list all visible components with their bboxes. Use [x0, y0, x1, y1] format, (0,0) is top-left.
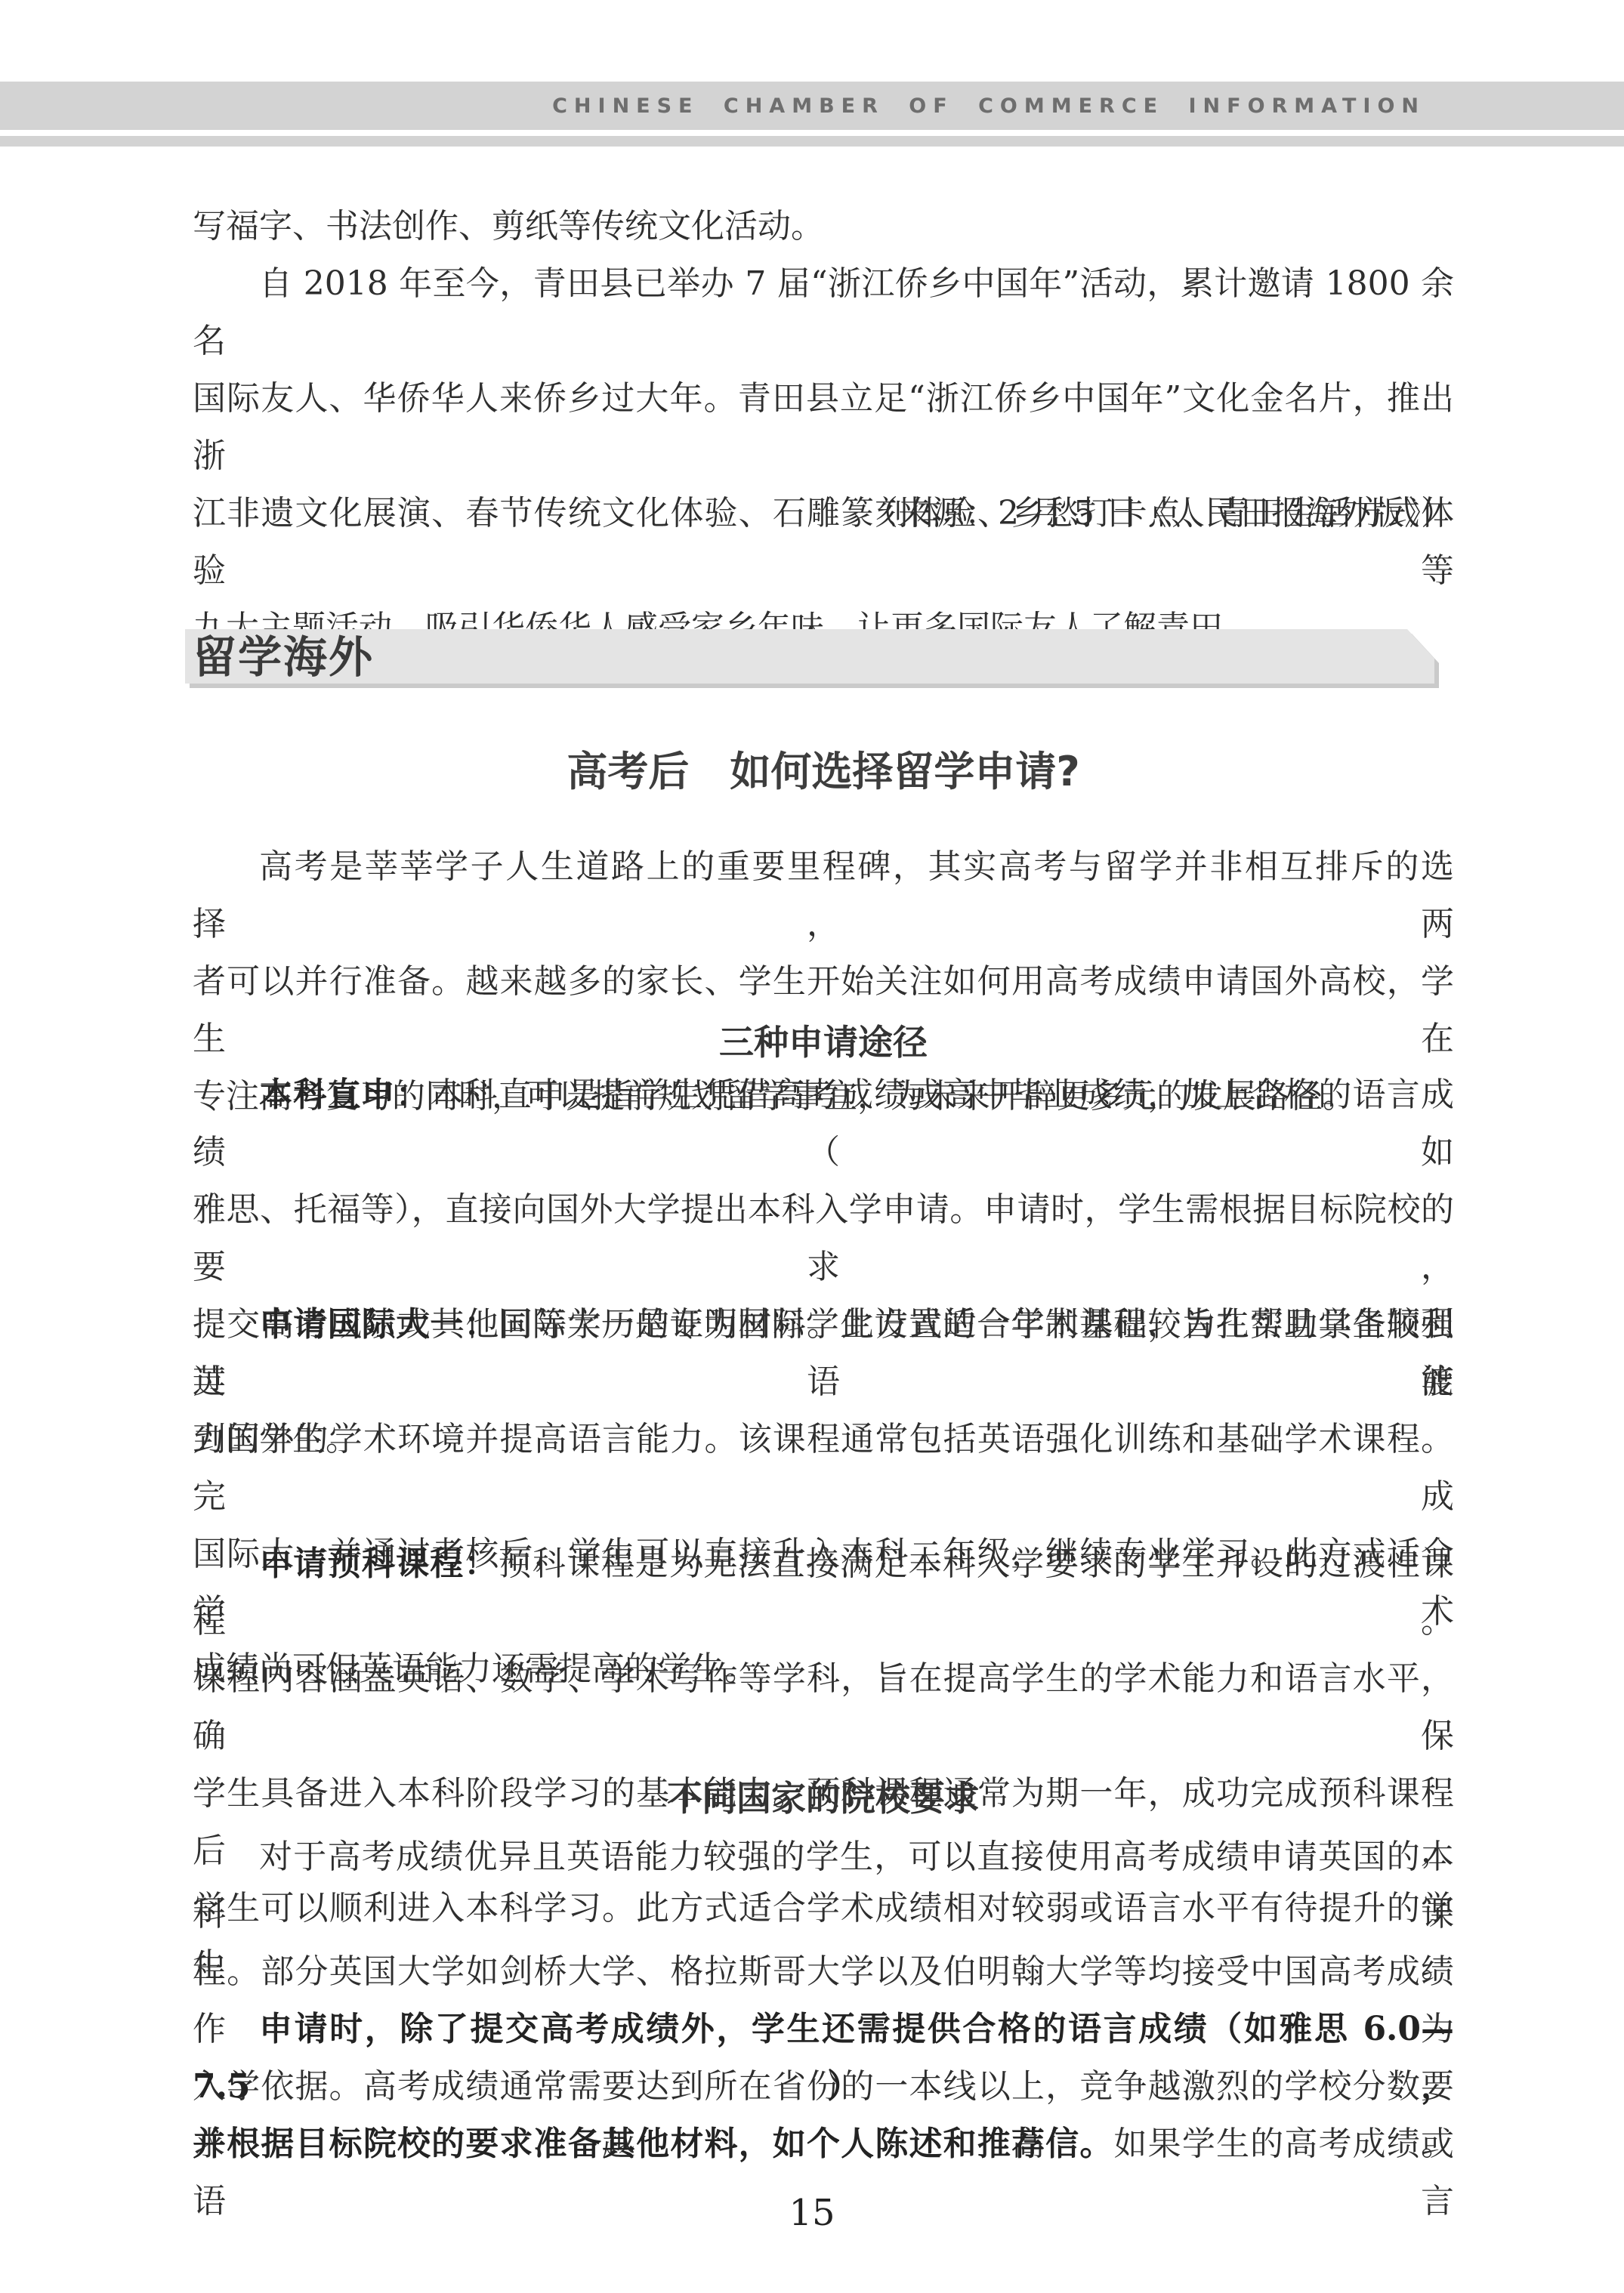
section-bar-title: 留学海外: [185, 629, 1434, 685]
header-band-title: CHINESE CHAMBER OF COMMERCE INFORMATION: [552, 82, 1425, 130]
text-line: 到国外的学术环境并提高语言能力。该课程通常包括英语强化训练和基础学术课程。完成: [193, 1411, 1454, 1526]
article-title: 高考后 如何选择留学申请?: [193, 743, 1454, 801]
source-line: （来源：2 月 5 日《人民日报海外版》）: [193, 485, 1454, 542]
magazine-page: CHINESE CHAMBER OF COMMERCE INFORMATION …: [0, 0, 1624, 2293]
text-line: 自 2018 年至今，青田县已举办 7 届“浙江侨乡中国年”活动，累计邀请 18…: [193, 255, 1454, 370]
section-bar: 留学海外: [185, 629, 1434, 684]
subheading-three-application-ways: 三种申请途径: [193, 1014, 1454, 1071]
text-line: 国际友人、华侨华人来侨乡过大年。青田县立足“浙江侨乡中国年”文化金名片，推出浙: [193, 370, 1454, 485]
text-line: 对于高考成绩优异且英语能力较强的学生，可以直接使用高考成绩申请英国的本科课: [193, 1829, 1454, 1943]
subheading-country-requirements: 不同国家的院校要求: [193, 1770, 1454, 1827]
header-divider-band: [0, 136, 1624, 147]
text-line: 写福字、书法创作、剪纸等传统文化活动。: [193, 198, 1454, 255]
article1-paragraph: 写福字、书法创作、剪纸等传统文化活动。 自 2018 年至今，青田县已举办 7 …: [193, 198, 1454, 657]
article1-source: （来源：2 月 5 日《人民日报海外版》）: [193, 485, 1454, 542]
paragraph-lead-label: 申请预科课程：: [259, 1545, 499, 1583]
text-line: 申请预科课程：预科课程是为无法直接满足本科入学要求的学生开设的过渡性课程。: [193, 1535, 1454, 1650]
text-segment-bold: 并根据目标院校的要求准备其他材料，如个人陈述和推荐信。: [193, 2125, 1114, 2163]
text-line: 课程内容涵盖英语、数学、学术写作等学科，旨在提高学生的学术能力和语言水平，确保: [193, 1650, 1454, 1765]
paragraph-lead-label: 申请国际大一：: [259, 1305, 499, 1344]
text-line: 本科直申：本科直申是指学生凭借高考成绩或高中毕业成绩，加上合格的语言成绩（如: [193, 1066, 1454, 1181]
text-line: 高考是莘莘学子人生道路上的重要里程碑，其实高考与留学并非相互排斥的选择，两: [193, 838, 1454, 953]
header-band: CHINESE CHAMBER OF COMMERCE INFORMATION: [0, 82, 1624, 130]
page-number: 15: [0, 2189, 1624, 2237]
text-line: 申请国际大一：国际大一是专为国际学生设置的一年制课程，旨在帮助学生顺利过渡: [193, 1296, 1454, 1411]
paragraph-lead-label: 本科直申：: [259, 1076, 430, 1114]
text-line: 申请时，除了提交高考成绩外，学生还需提供合格的语言成绩（如雅思 6.0—7.5）…: [193, 2001, 1454, 2116]
text-line: 雅思、托福等），直接向国外大学提出本科入学申请。申请时，学生需根据目标院校的要求…: [193, 1181, 1454, 1296]
